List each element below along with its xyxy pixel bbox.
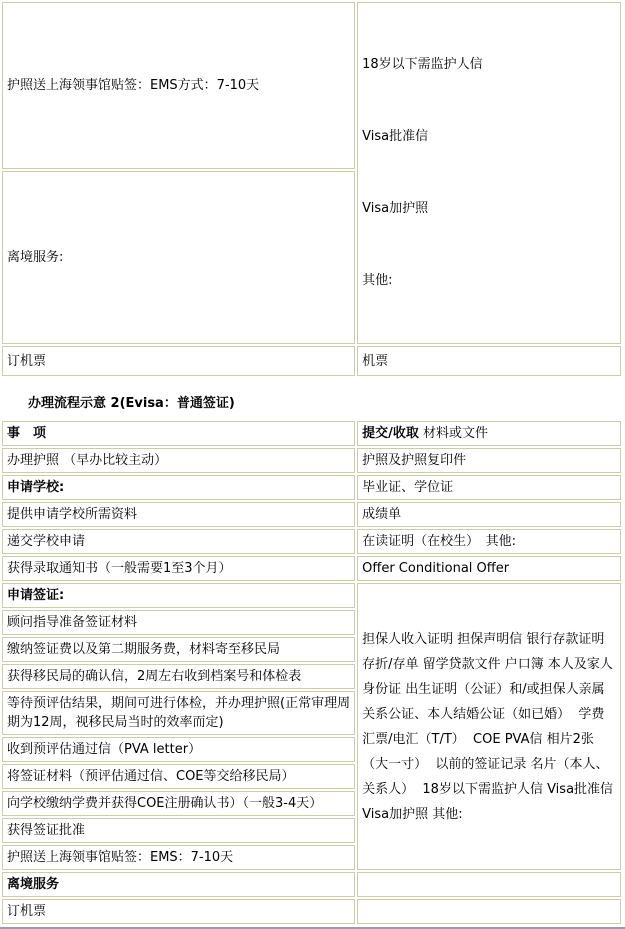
step-cell: 将签证材料（预评估通过信、COE等交给移民局） — [2, 764, 355, 789]
table-visa-top: 护照送上海领事馆贴签：EMS方式：7-10天 18岁以下需监护人信 Visa批准… — [0, 0, 623, 378]
materials-cell: 18岁以下需监护人信 Visa批准信 Visa加护照 其他: — [357, 2, 621, 344]
step-cell: 申请签证: — [2, 583, 355, 608]
materials-cell-empty — [357, 899, 621, 924]
step-cell: 办理护照 （早办比较主动） — [2, 448, 355, 473]
header-materials-rest: 材料或文件 — [419, 426, 488, 441]
table-row: 递交学校申请 在读证明（在校生） 其他: — [2, 529, 621, 554]
material-line: 其他: — [362, 269, 616, 293]
step-cell: 顾问指导准备签证材料 — [2, 610, 355, 635]
step-cell: 申请学校: — [2, 475, 355, 500]
header-materials-cell: 提交/收取 材料或文件 — [357, 421, 621, 446]
step-cell: 获得签证批准 — [2, 818, 355, 843]
step-cell: 向学校缴纳学费并获得COE注册确认书）（一般3-4天） — [2, 791, 355, 816]
section-title: 办理流程示意 2(Evisa：普通签证) — [28, 395, 625, 412]
material-line: Visa批准信 — [362, 125, 616, 149]
visa-materials-merged-cell: 担保人收入证明 担保声明信 银行存款证明 存折/存单 留学贷款文件 户口簿 本人… — [357, 583, 621, 870]
materials-cell-empty — [357, 872, 621, 897]
table-row: 获得录取通知书（一般需要1至3个月） Offer Conditional Off… — [2, 556, 621, 581]
table-visa-process: 事 项 提交/收取 材料或文件 办理护照 （早办比较主动） 护照及护照复印件 申… — [0, 419, 623, 926]
step-cell: 订机票 — [2, 346, 355, 376]
table-row: 申请学校: 毕业证、学位证 — [2, 475, 621, 500]
table-row: 离境服务 — [2, 872, 621, 897]
materials-cell: 机票 — [357, 346, 621, 376]
materials-cell: 毕业证、学位证 — [357, 475, 621, 500]
step-cell: 获得录取通知书（一般需要1至3个月） — [2, 556, 355, 581]
step-cell: 递交学校申请 — [2, 529, 355, 554]
step-cell: 收到预评估通过信（PVA letter） — [2, 737, 355, 762]
step-cell: 提供申请学校所需资料 — [2, 502, 355, 527]
table-row: 订机票 — [2, 899, 621, 924]
table-header-row: 事 项 提交/收取 材料或文件 — [2, 421, 621, 446]
materials-cell: Offer Conditional Offer — [357, 556, 621, 581]
materials-cell: 成绩单 — [357, 502, 621, 527]
step-cell: 离境服务: — [2, 171, 355, 344]
step-cell: 订机票 — [2, 899, 355, 924]
materials-cell: 在读证明（在校生） 其他: — [357, 529, 621, 554]
material-line: 18岁以下需监护人信 — [362, 53, 616, 77]
material-line: Visa加护照 — [362, 197, 616, 221]
step-cell: 护照送上海领事馆贴签：EMS：7-10天 — [2, 845, 355, 870]
page: 护照送上海领事馆贴签：EMS方式：7-10天 18岁以下需监护人信 Visa批准… — [0, 0, 625, 929]
header-materials-bold: 提交/收取 — [362, 426, 419, 441]
table-row: 护照送上海领事馆贴签：EMS方式：7-10天 18岁以下需监护人信 Visa批准… — [2, 2, 621, 169]
materials-cell: 护照及护照复印件 — [357, 448, 621, 473]
table-row: 办理护照 （早办比较主动） 护照及护照复印件 — [2, 448, 621, 473]
table-row: 申请签证: 担保人收入证明 担保声明信 银行存款证明 存折/存单 留学贷款文件 … — [2, 583, 621, 608]
table-row: 提供申请学校所需资料 成绩单 — [2, 502, 621, 527]
header-step-cell: 事 项 — [2, 421, 355, 446]
table-row: 订机票 机票 — [2, 346, 621, 376]
step-cell: 护照送上海领事馆贴签：EMS方式：7-10天 — [2, 2, 355, 169]
step-cell: 等待预评估结果，期间可进行体检，并办理护照(正常审理周期为12周，视移民局当时的… — [2, 691, 355, 735]
step-cell: 离境服务 — [2, 872, 355, 897]
step-cell: 获得移民局的确认信，2周左右收到档案号和体检表 — [2, 664, 355, 689]
step-cell: 缴纳签证费以及第二期服务费，材料寄至移民局 — [2, 637, 355, 662]
